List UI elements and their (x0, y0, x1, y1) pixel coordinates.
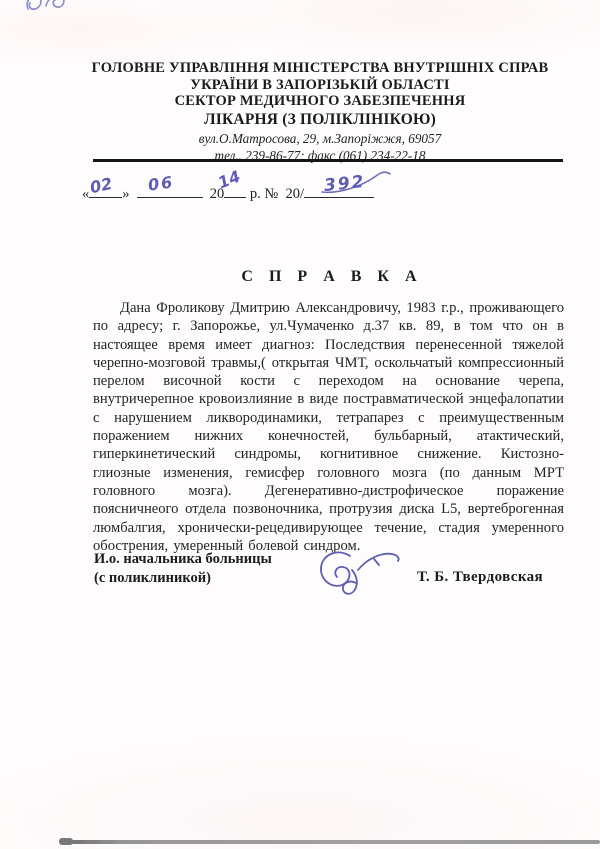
handwritten-month: 06 (147, 172, 176, 194)
org-name-line-3: СЕКТОР МЕДИЧНОГО ЗАБЕЗПЕЧЕННЯ (40, 93, 600, 110)
scan-bottom-edge-artifact (61, 840, 600, 844)
org-name-line-4: ЛІКАРНЯ (З ПОЛІКЛІНІКОЮ) (40, 111, 600, 129)
signer-position-line-1: И.о. начальника больницы (94, 550, 272, 569)
letterhead-divider-rule (93, 159, 563, 162)
signer-position-line-2: (с поликлиникой) (94, 569, 272, 588)
year-suffix-label: р. № (250, 186, 278, 202)
org-name-line-1: ГОЛОВНЕ УПРАВЛІННЯ МІНІСТЕРСТВА ВНУТРІШН… (40, 60, 600, 77)
org-name-line-2: УКРАЇНИ В ЗАПОРІЗЬКІЙ ОБЛАСТІ (40, 77, 600, 94)
signature-scribble-icon (312, 546, 408, 602)
open-quote: « (82, 186, 89, 202)
number-prefix: 20/ (285, 186, 304, 202)
certificate-body-paragraph: Дана Фроликову Дмитрию Александровичу, 1… (93, 299, 564, 555)
pen-flourish-icon (318, 168, 396, 198)
org-address: вул.О.Матросова, 29, м.Запоріжжя, 69057 (40, 131, 600, 146)
close-quote: » (122, 186, 129, 202)
signer-position: И.о. начальника больницы (с поликлиникой… (94, 550, 272, 588)
pen-corner-mark-icon (22, 0, 74, 19)
scanned-certificate-page: ГОЛОВНЕ УПРАВЛІННЯ МІНІСТЕРСТВА ВНУТРІШН… (0, 0, 600, 849)
date-number-line: «» 20 р. № 20/ 02 06 14 392 (82, 176, 374, 210)
letterhead: ГОЛОВНЕ УПРАВЛІННЯ МІНІСТЕРСТВА ВНУТРІШН… (40, 60, 600, 163)
signer-name: Т. Б. Твердовская (417, 569, 543, 586)
document-title: С П Р А В К А (40, 268, 600, 286)
